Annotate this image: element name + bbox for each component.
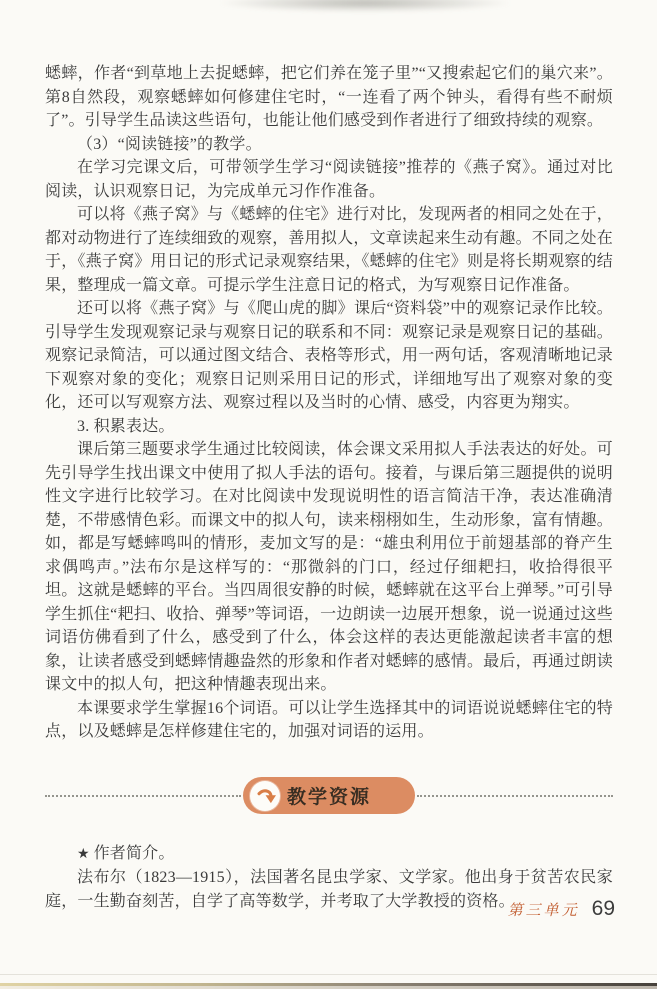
body-paragraph: （3）“阅读链接”的教学。 [45, 133, 613, 157]
star-icon: ★ [77, 847, 94, 862]
body-paragraph: 在学习完课文后，可带领学生学习“阅读链接”推荐的《燕子窝》。通过对比阅读，认识观… [45, 156, 613, 203]
book-page: 蟋蟀，作者“到草地上去捉蟋蟀，把它们养在笼子里”“又搜索起它们的巢穴来”。第8自… [0, 0, 657, 989]
section-divider: 教学资源 [45, 777, 613, 815]
scan-smudge-top [220, 0, 510, 12]
badge-label: 教学资源 [287, 782, 371, 809]
page-number: 69 [592, 897, 615, 921]
body-paragraph: 本课要求学生掌握16个词语。可以让学生选择其中的词语说说蟋蟀住宅的特点，以及蟋蟀… [45, 697, 613, 744]
unit-label: 第三单元 [508, 899, 580, 920]
page-footer: 第三单元 69 [508, 897, 615, 921]
body-paragraph: 可以将《燕子窝》与《蟋蟀的住宅》进行对比，发现两者的相同之处在于，都对动物进行了… [45, 203, 613, 297]
page-content: 蟋蟀，作者“到草地上去捉蟋蟀，把它们养在笼子里”“又搜索起它们的巢穴来”。第8自… [45, 62, 613, 913]
scan-faint-rule [0, 974, 657, 975]
dotted-rule-right [417, 795, 613, 797]
body-paragraph: 课后第三题要求学生通过比较阅读，体会课文采用拟人手法表达的好处。可先引导学生找出… [45, 438, 613, 697]
author-heading-text: 作者简介。 [94, 845, 175, 862]
teaching-resources-badge: 教学资源 [243, 777, 415, 814]
numbered-subheading: 3. 积累表达。 [45, 415, 613, 439]
body-paragraph: 还可以将《燕子窝》与《爬山虎的脚》课后“资料袋”中的观察记录作比较。引导学生发现… [45, 297, 613, 415]
body-paragraph: 蟋蟀，作者“到草地上去捉蟋蟀，把它们养在笼子里”“又搜索起它们的巢穴来”。第8自… [45, 62, 613, 133]
dotted-rule-left [45, 795, 241, 797]
author-section-heading: ★作者简介。 [45, 842, 613, 867]
curved-down-arrow-icon [250, 781, 280, 811]
